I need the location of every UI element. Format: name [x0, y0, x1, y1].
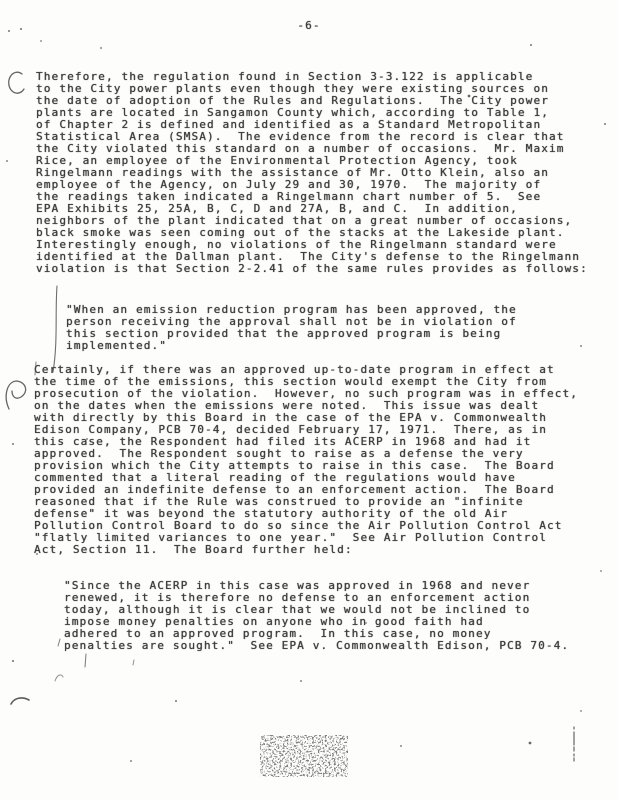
- small-tick-mark: [85, 654, 86, 667]
- scan-noise-dots: [20, 28, 22, 30]
- margin-loop-mark: [6, 381, 25, 409]
- block-quote-2: "Since the ACERP in this case was approv…: [64, 580, 569, 652]
- ink-smudge: [258, 733, 350, 779]
- scanned-document-page: -6- Therefore, the regulation found in S…: [0, 0, 618, 800]
- comma-pen-mark: [133, 660, 134, 665]
- quote-emphasis-line: [53, 286, 57, 372]
- body-paragraph-2: Certainly, if there was an approved up-t…: [34, 364, 578, 556]
- small-squiggle-mark: [55, 675, 63, 681]
- page-number: -6-: [0, 20, 618, 32]
- apostrophe-pen-mark: [58, 639, 60, 646]
- margin-curve-mark: [11, 698, 29, 704]
- body-paragraph-1: Therefore, the regulation found in Secti…: [36, 71, 588, 275]
- block-quote-1: "When an emission reduction program has …: [66, 304, 517, 352]
- margin-circle-mark: [9, 72, 24, 93]
